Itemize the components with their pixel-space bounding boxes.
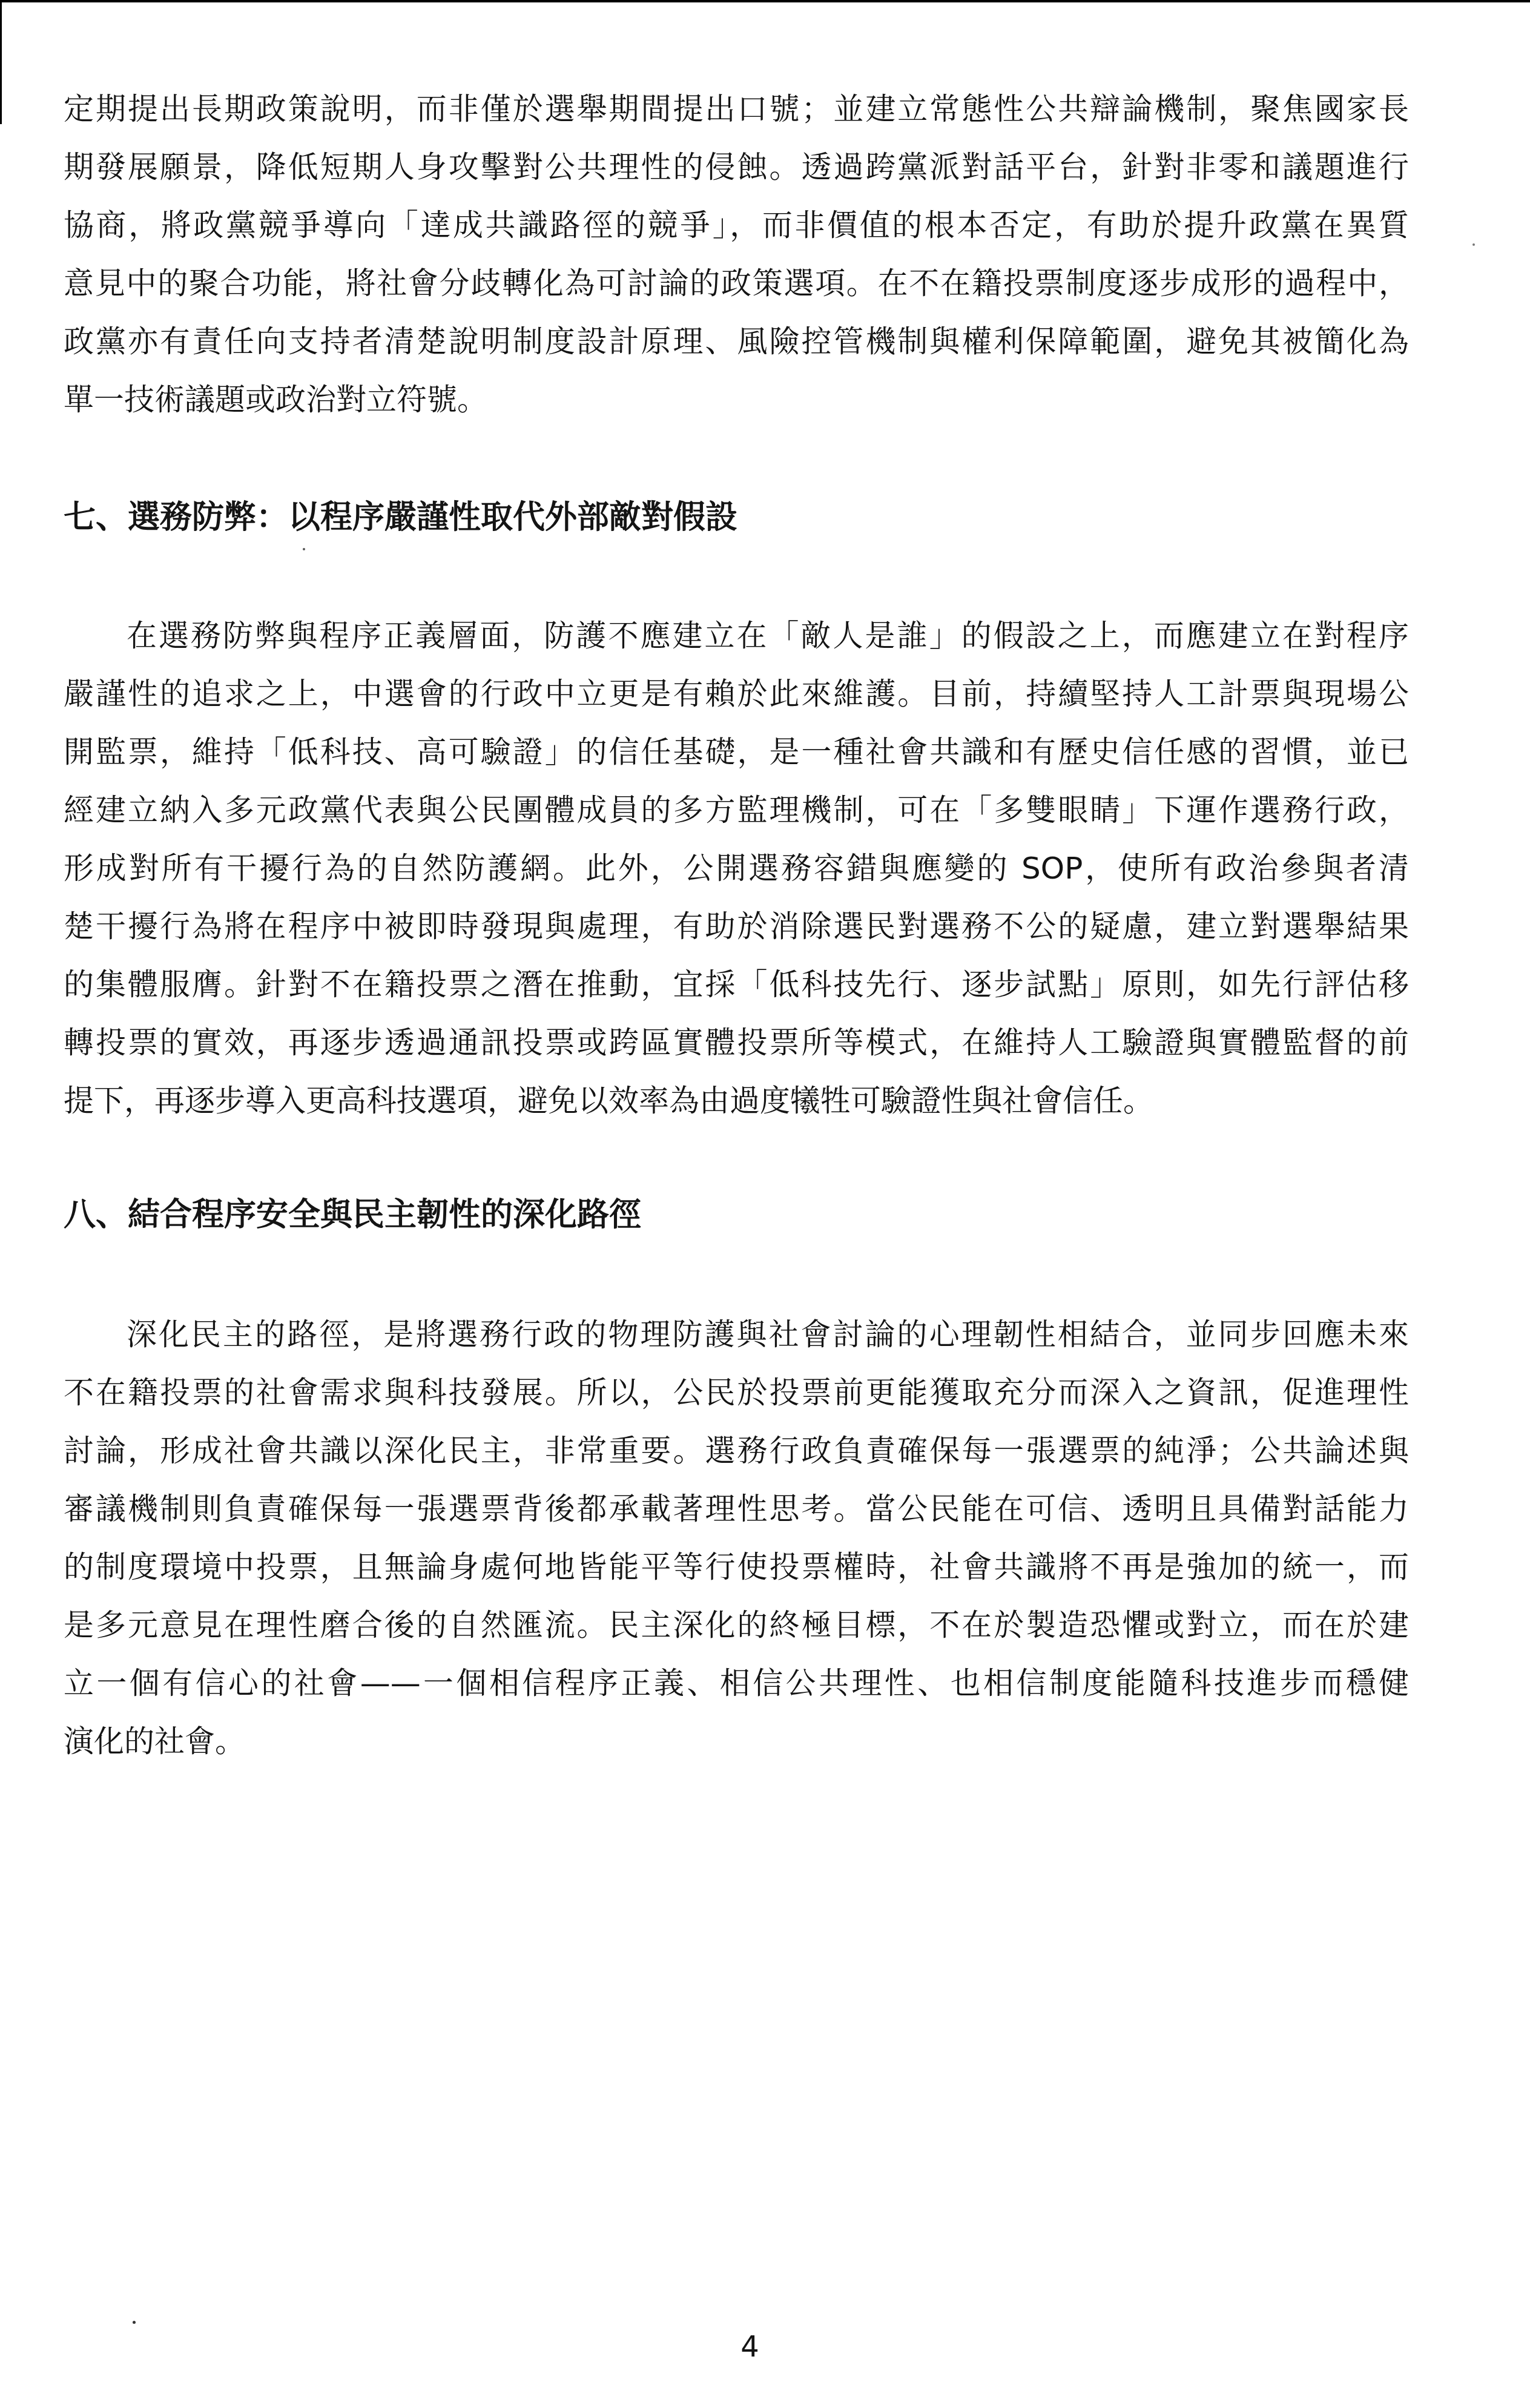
text-line: 形成對所有干擾行為的自然防護網。此外，公開選務容錯與應變的 SOP，使所有政治參… [64,839,1409,897]
text-line: 在選務防弊與程序正義層面，防護不應建立在「敵人是誰」的假設之上，而應建立在對程序 [64,607,1409,665]
scan-edge-artifact-top [0,0,1530,2]
text-line: 意見中的聚合功能，將社會分歧轉化為可討論的政策選項。在不在籍投票制度逐步成形的過… [64,254,1409,312]
text-line: 是多元意見在理性磨合後的自然匯流。民主深化的終極目標，不在於製造恐懼或對立，而在… [64,1596,1409,1654]
text-line: 立一個有信心的社會——一個相信程序正義、相信公共理性、也相信制度能隨科技進步而穩… [64,1654,1409,1712]
text-line: 提下，再逐步導入更高科技選項，避免以效率為由過度犧牲可驗證性與社會信任。 [64,1072,1409,1130]
text-line: 單一技術議題或政治對立符號。 [64,371,1409,429]
document-page: 定期提出長期政策說明，而非僅於選舉期間提出口號；並建立常態性公共辯論機制，聚焦國… [0,0,1530,2408]
text-line: 深化民主的路徑，是將選務行政的物理防護與社會討論的心理韌性相結合，並同步回應未來 [64,1305,1409,1364]
text-line: 協商，將政黨競爭導向「達成共識路徑的競爭」，而非價值的根本否定，有助於提升政黨在… [64,196,1409,254]
text-line: 不在籍投票的社會需求與科技發展。所以，公民於投票前更能獲取充分而深入之資訊，促進… [64,1364,1409,1422]
section-7-heading: 七、選務防弊：以程序嚴謹性取代外部敵對假設 [64,489,737,547]
text-line: 的制度環境中投票，且無論身處何地皆能平等行使投票權時，社會共識將不再是強加的統一… [64,1538,1409,1596]
scan-edge-artifact-left [0,0,2,124]
paragraph-continuation: 定期提出長期政策說明，而非僅於選舉期間提出口號；並建立常態性公共辯論機制，聚焦國… [64,80,1409,429]
section-7-paragraph: 在選務防弊與程序正義層面，防護不應建立在「敵人是誰」的假設之上，而應建立在對程序… [64,607,1409,1130]
text-line: 嚴謹性的追求之上，中選會的行政中立更是有賴於此來維護。目前，持續堅持人工計票與現… [64,665,1409,723]
text-line: 經建立納入多元政黨代表與公民團體成員的多方監理機制，可在「多雙眼睛」下運作選務行… [64,781,1409,839]
text-line: 討論，形成社會共識以深化民主，非常重要。選務行政負責確保每一張選票的純淨；公共論… [64,1422,1409,1480]
text-line: 定期提出長期政策說明，而非僅於選舉期間提出口號；並建立常態性公共辯論機制，聚焦國… [64,80,1409,138]
section-8-paragraph: 深化民主的路徑，是將選務行政的物理防護與社會討論的心理韌性相結合，並同步回應未來… [64,1305,1409,1770]
text-line: 開監票，維持「低科技、高可驗證」的信任基礎，是一種社會共識和有歷史信任感的習慣，… [64,723,1409,781]
scan-noise-speck [303,548,305,550]
text-line: 轉投票的實效，再逐步透過通訊投票或跨區實體投票所等模式，在維持人工驗證與實體監督… [64,1014,1409,1072]
text-line: 楚干擾行為將在程序中被即時發現與處理，有助於消除選民對選務不公的疑慮，建立對選舉… [64,897,1409,955]
scan-noise-speck [1472,243,1475,246]
scan-noise-speck [133,2321,136,2324]
page-number: 4 [0,2329,1500,2365]
text-line: 的集體服膺。針對不在籍投票之潛在推動，宜採「低科技先行、逐步試點」原則，如先行評… [64,955,1409,1014]
text-line: 審議機制則負責確保每一張選票背後都承載著理性思考。當公民能在可信、透明且具備對話… [64,1480,1409,1538]
section-8-heading: 八、結合程序安全與民主韌性的深化路徑 [64,1186,641,1244]
text-line: 政黨亦有責任向支持者清楚說明制度設計原理、風險控管機制與權利保障範圍，避免其被簡… [64,312,1409,371]
text-line: 期發展願景，降低短期人身攻擊對公共理性的侵蝕。透過跨黨派對話平台，針對非零和議題… [64,138,1409,196]
text-line: 演化的社會。 [64,1712,1409,1770]
